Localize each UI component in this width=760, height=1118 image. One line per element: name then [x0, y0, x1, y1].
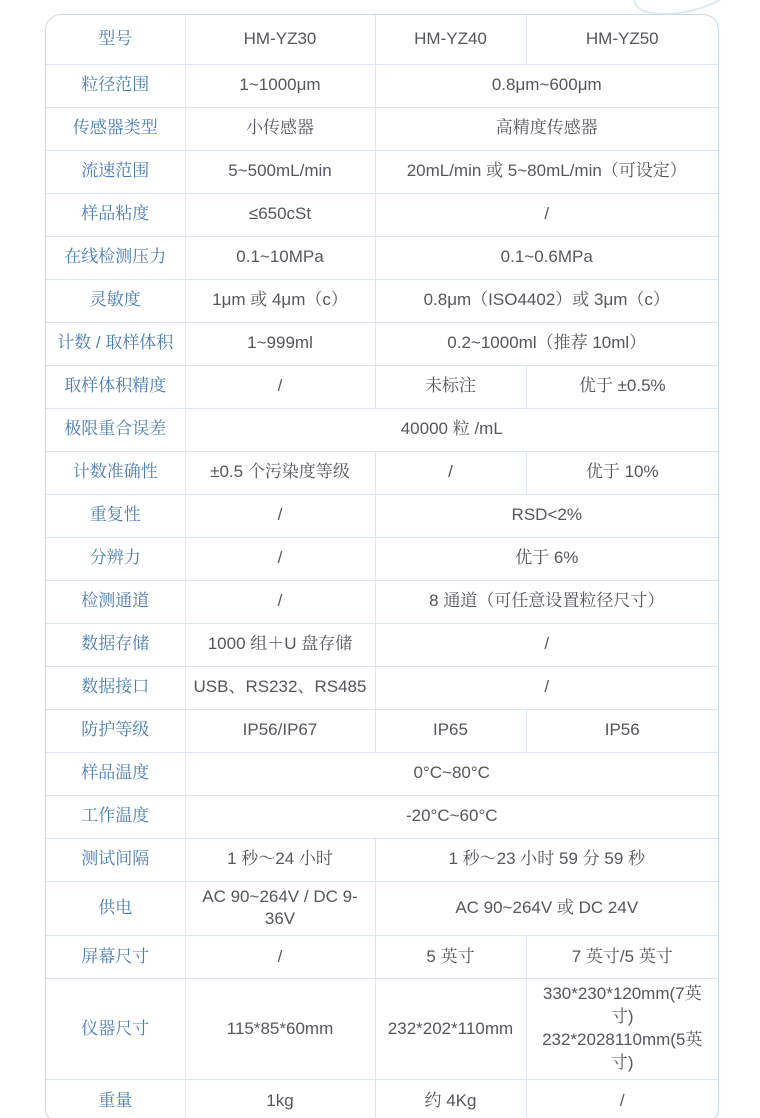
spec-cell: 优于 6%: [375, 537, 718, 580]
row-label: 工作温度: [46, 795, 185, 838]
row-label: 计数 / 取样体积: [46, 322, 185, 365]
spec-cell: /: [185, 580, 375, 623]
spec-card: 型号HM-YZ30HM-YZ40HM-YZ50粒径范围1~1000μm0.8μm…: [45, 14, 719, 1118]
table-row: 型号HM-YZ30HM-YZ40HM-YZ50: [46, 15, 718, 64]
spec-cell: IP65: [375, 709, 526, 752]
spec-cell: 1 秒～24 小时: [185, 838, 375, 881]
row-label: 样品粘度: [46, 193, 185, 236]
spec-cell: 优于 ±0.5%: [526, 365, 718, 408]
spec-cell: 330*230*120mm(7英寸) 232*2028110mm(5英寸): [526, 979, 718, 1080]
spec-cell: 1μm 或 4μm（c）: [185, 279, 375, 322]
spec-cell: 40000 粒 /mL: [185, 408, 718, 451]
table-row: 样品温度0°C~80°C: [46, 752, 718, 795]
spec-cell: 0.1~10MPa: [185, 236, 375, 279]
table-row: 传感器类型小传感器高精度传感器: [46, 107, 718, 150]
spec-cell: /: [185, 537, 375, 580]
row-label: 重复性: [46, 494, 185, 537]
spec-cell: HM-YZ50: [526, 15, 718, 64]
table-row: 屏幕尺寸/5 英寸7 英寸/5 英寸: [46, 936, 718, 979]
spec-cell: AC 90~264V 或 DC 24V: [375, 881, 718, 936]
table-row: 重复性/RSD<2%: [46, 494, 718, 537]
spec-cell: HM-YZ40: [375, 15, 526, 64]
spec-cell: /: [185, 936, 375, 979]
spec-cell: 232*202*110mm: [375, 979, 526, 1080]
spec-cell: 约 4Kg: [375, 1080, 526, 1118]
spec-cell: 0.2~1000ml（推荐 10ml）: [375, 322, 718, 365]
spec-cell: 8 通道（可任意设置粒径尺寸）: [375, 580, 718, 623]
spec-cell: 小传感器: [185, 107, 375, 150]
row-label: 传感器类型: [46, 107, 185, 150]
row-label: 数据接口: [46, 666, 185, 709]
spec-cell: ±0.5 个污染度等级: [185, 451, 375, 494]
table-row: 仪器尺寸115*85*60mm232*202*110mm330*230*120m…: [46, 979, 718, 1080]
spec-cell: 高精度传感器: [375, 107, 718, 150]
spec-cell: 1000 组＋U 盘存储: [185, 623, 375, 666]
row-label: 重量: [46, 1080, 185, 1118]
table-row: 防护等级IP56/IP67IP65IP56: [46, 709, 718, 752]
spec-cell: -20°C~60°C: [185, 795, 718, 838]
row-label: 流速范围: [46, 150, 185, 193]
table-row: 计数 / 取样体积1~999ml0.2~1000ml（推荐 10ml）: [46, 322, 718, 365]
table-row: 数据接口USB、RS232、RS485/: [46, 666, 718, 709]
row-label: 仪器尺寸: [46, 979, 185, 1080]
spec-cell: /: [375, 451, 526, 494]
spec-cell: 5~500mL/min: [185, 150, 375, 193]
spec-cell: RSD<2%: [375, 494, 718, 537]
spec-cell: /: [375, 666, 718, 709]
spec-cell: AC 90~264V / DC 9-36V: [185, 881, 375, 936]
spec-cell: /: [185, 365, 375, 408]
table-row: 检测通道/8 通道（可任意设置粒径尺寸）: [46, 580, 718, 623]
row-label: 取样体积精度: [46, 365, 185, 408]
row-label: 检测通道: [46, 580, 185, 623]
spec-cell: USB、RS232、RS485: [185, 666, 375, 709]
spec-cell: 20mL/min 或 5~80mL/min（可设定）: [375, 150, 718, 193]
spec-cell: 7 英寸/5 英寸: [526, 936, 718, 979]
row-label: 极限重合误差: [46, 408, 185, 451]
row-label: 灵敏度: [46, 279, 185, 322]
spec-cell: IP56: [526, 709, 718, 752]
row-label: 测试间隔: [46, 838, 185, 881]
row-label: 型号: [46, 15, 185, 64]
spec-cell: /: [375, 623, 718, 666]
row-label: 数据存储: [46, 623, 185, 666]
spec-table-body: 型号HM-YZ30HM-YZ40HM-YZ50粒径范围1~1000μm0.8μm…: [46, 15, 718, 1118]
table-row: 供电AC 90~264V / DC 9-36VAC 90~264V 或 DC 2…: [46, 881, 718, 936]
spec-table: 型号HM-YZ30HM-YZ40HM-YZ50粒径范围1~1000μm0.8μm…: [46, 15, 718, 1118]
row-label: 防护等级: [46, 709, 185, 752]
table-row: 极限重合误差40000 粒 /mL: [46, 408, 718, 451]
row-label: 供电: [46, 881, 185, 936]
table-row: 在线检测压力0.1~10MPa0.1~0.6MPa: [46, 236, 718, 279]
table-row: 粒径范围1~1000μm0.8μm~600μm: [46, 64, 718, 107]
table-row: 数据存储1000 组＋U 盘存储/: [46, 623, 718, 666]
spec-cell: 5 英寸: [375, 936, 526, 979]
spec-cell: 1 秒～23 小时 59 分 59 秒: [375, 838, 718, 881]
table-row: 工作温度-20°C~60°C: [46, 795, 718, 838]
table-row: 流速范围5~500mL/min20mL/min 或 5~80mL/min（可设定…: [46, 150, 718, 193]
spec-cell: 未标注: [375, 365, 526, 408]
table-row: 重量1kg约 4Kg/: [46, 1080, 718, 1118]
spec-cell: ≤650cSt: [185, 193, 375, 236]
table-row: 测试间隔1 秒～24 小时1 秒～23 小时 59 分 59 秒: [46, 838, 718, 881]
spec-cell: 优于 10%: [526, 451, 718, 494]
spec-cell: 115*85*60mm: [185, 979, 375, 1080]
table-row: 取样体积精度/未标注优于 ±0.5%: [46, 365, 718, 408]
spec-cell: 1~1000μm: [185, 64, 375, 107]
table-row: 样品粘度≤650cSt/: [46, 193, 718, 236]
table-row: 灵敏度1μm 或 4μm（c）0.8μm（ISO4402）或 3μm（c）: [46, 279, 718, 322]
row-label: 样品温度: [46, 752, 185, 795]
spec-cell: 1kg: [185, 1080, 375, 1118]
row-label: 在线检测压力: [46, 236, 185, 279]
spec-cell: 0°C~80°C: [185, 752, 718, 795]
spec-cell: /: [185, 494, 375, 537]
spec-cell: 1~999ml: [185, 322, 375, 365]
row-label: 粒径范围: [46, 64, 185, 107]
spec-cell: /: [526, 1080, 718, 1118]
spec-cell: HM-YZ30: [185, 15, 375, 64]
spec-cell: 0.8μm~600μm: [375, 64, 718, 107]
spec-cell: IP56/IP67: [185, 709, 375, 752]
row-label: 分辨力: [46, 537, 185, 580]
row-label: 屏幕尺寸: [46, 936, 185, 979]
table-row: 分辨力/优于 6%: [46, 537, 718, 580]
table-row: 计数准确性±0.5 个污染度等级/优于 10%: [46, 451, 718, 494]
row-label: 计数准确性: [46, 451, 185, 494]
spec-cell: 0.1~0.6MPa: [375, 236, 718, 279]
spec-cell: /: [375, 193, 718, 236]
spec-cell: 0.8μm（ISO4402）或 3μm（c）: [375, 279, 718, 322]
